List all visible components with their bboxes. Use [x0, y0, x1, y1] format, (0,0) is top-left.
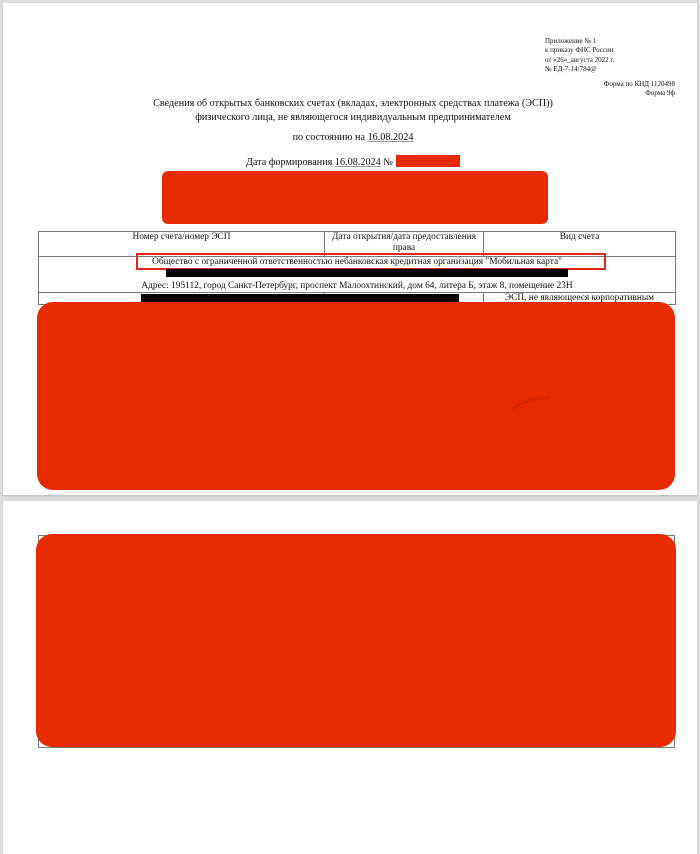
formation-date-value: 16.08.2024 [335, 157, 381, 168]
document-title: Сведения об открытых банковских счетах (… [63, 97, 643, 124]
title-line-2: физического лица, не являющегося индивид… [63, 111, 643, 125]
formation-date: Дата формирования 16.08.2024 № [63, 155, 643, 168]
redacted-document-number [396, 155, 460, 167]
as-of-date: по состоянию на 16.08.2024 [63, 132, 643, 143]
highlight-annotation [136, 253, 606, 270]
as-of-label: по состоянию на [293, 132, 365, 143]
appendix-line: Приложение № 1 [545, 37, 614, 46]
appendix-line: к приказу ФНС России [545, 46, 614, 55]
appendix-note: Приложение № 1 к приказу ФНС России от «… [545, 37, 614, 75]
form-identifiers: Форма по КНД 1120498 Форма 9ф [604, 80, 675, 99]
document-page-2 [3, 501, 697, 854]
pen-stroke-mark [511, 395, 553, 411]
redacted-black-bar [166, 269, 568, 277]
redacted-table-content [37, 302, 675, 490]
number-label: № [383, 157, 393, 168]
formation-label: Дата формирования [246, 157, 332, 168]
document-page-1: Приложение № 1 к приказу ФНС России от «… [3, 3, 697, 495]
title-line-1: Сведения об открытых банковских счетах (… [63, 97, 643, 111]
as-of-value: 16.08.2024 [368, 132, 414, 143]
redacted-person-block [162, 171, 548, 224]
appendix-line: от «26»_августа 2022 г. [545, 56, 614, 65]
form-knd-code: Форма по КНД 1120498 [604, 80, 675, 89]
organization-address: Адрес: 195112, город Санкт-Петербург, пр… [41, 281, 673, 292]
redacted-page-2-content [36, 534, 676, 747]
appendix-line: № ЕД-7-14/784@ [545, 65, 614, 74]
